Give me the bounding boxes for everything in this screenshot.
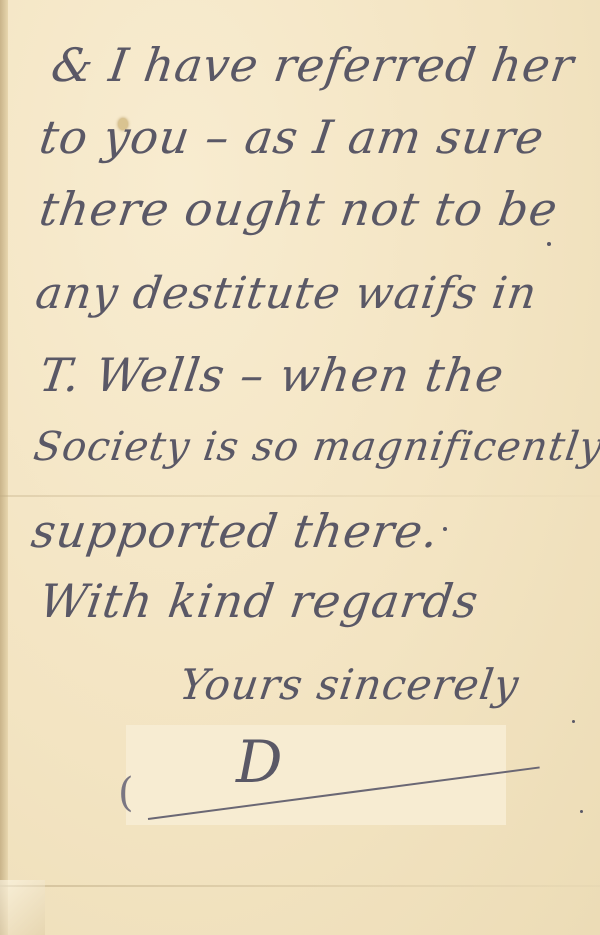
- letter-line: T. Wells – when the: [36, 348, 508, 402]
- signature-bracket: (: [118, 770, 134, 816]
- letter-line: With kind regards: [36, 574, 482, 628]
- closing-line: Yours sincerely: [177, 660, 523, 709]
- paper-crease: [0, 880, 45, 935]
- letter-line: to you – as I am sure: [36, 110, 548, 164]
- signature-initial: D: [236, 728, 283, 796]
- paper-fold: [0, 885, 600, 887]
- letter-line: & I have referred her: [48, 38, 577, 92]
- paper-fold: [0, 495, 600, 497]
- ink-dot: [443, 527, 447, 531]
- signature-redaction: [126, 725, 506, 825]
- paper-edge: [0, 0, 8, 935]
- letter-line: there ought not to be: [36, 182, 561, 236]
- ink-dot: [572, 720, 575, 723]
- letter-line: supported there.: [28, 504, 442, 558]
- letter-line: Society is so magnificently: [31, 424, 600, 470]
- ink-dot: [547, 242, 551, 246]
- letter-line: any destitute waifs in: [32, 268, 540, 319]
- letter-page: & I have referred her to you – as I am s…: [0, 0, 600, 935]
- ink-dot: [580, 810, 583, 813]
